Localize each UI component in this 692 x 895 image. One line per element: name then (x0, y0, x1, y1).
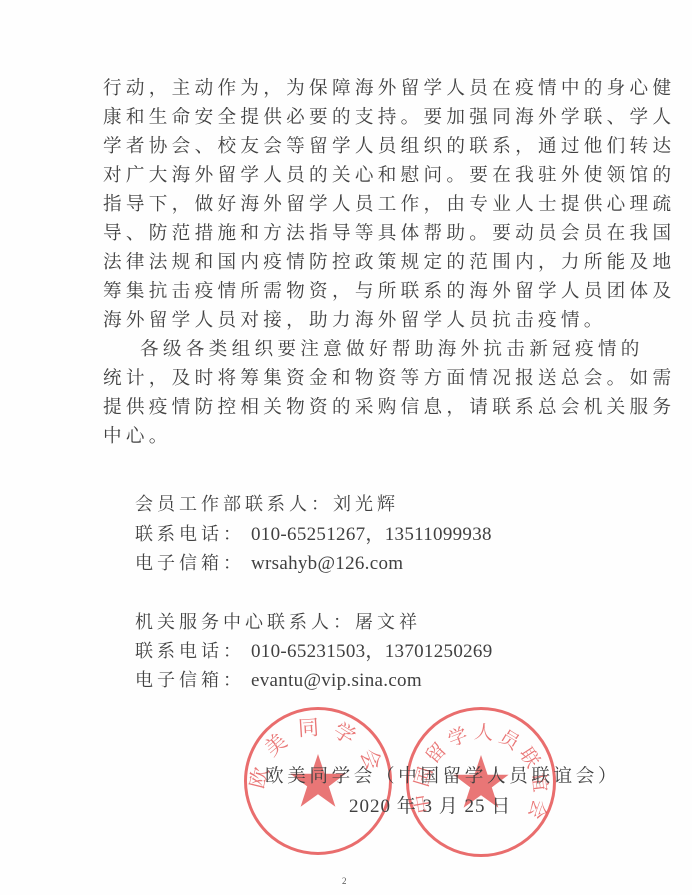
contact-email-label: 电子信箱： (135, 553, 245, 574)
contact-person-name: 刘光辉 (333, 494, 399, 515)
body-line: 指导下，做好海外留学人员工作，由专业人士提供心理疏 (103, 194, 675, 216)
body-line: 法律法规和国内疫情防控政策规定的范围内，力所能及地 (103, 252, 675, 274)
contact-phone-label: 联系电话： (135, 524, 245, 545)
body-line: 海外留学人员对接，助力海外留学人员抗击疫情。 (103, 310, 607, 332)
contact-email-value: evantu@vip.sina.com (251, 670, 422, 691)
body-line: 统计，及时将筹集资金和物资等方面情况报送总会。如需 (103, 368, 675, 390)
contact-email: 电子信箱：evantu@vip.sina.com (135, 670, 422, 692)
body-line: 学者协会、校友会等留学人员组织的联系，通过他们转达 (103, 136, 675, 158)
contact-email-value: wrsahyb@126.com (251, 553, 403, 574)
contact-person-label: 会员工作部联系人： (135, 494, 333, 515)
contact-phone: 联系电话：010-65251267，13511099938 (135, 524, 492, 546)
signature-date: 2020 年 3 月 25 日 (349, 791, 511, 818)
body-line: 中心。 (103, 426, 172, 448)
body-line: 行动，主动作为，为保障海外留学人员在疫情中的身心健 (103, 78, 675, 100)
contact-person-label: 机关服务中心联系人： (135, 612, 355, 633)
body-line: 提供疫情防控相关物资的采购信息，请联系总会机关服务 (103, 397, 675, 419)
document-page: 行动，主动作为，为保障海外留学人员在疫情中的身心健 康和生命安全提供必要的支持。… (0, 0, 692, 895)
contact-phone: 联系电话：010-65231503，13701250269 (135, 641, 493, 663)
signature-organization: 欧美同学会（中国留学人员联谊会） (265, 762, 620, 788)
contact-phone-value: 010-65251267，13511099938 (251, 524, 492, 545)
body-line: 各级各类组织要注意做好帮助海外抗击新冠疫情的 (140, 339, 644, 361)
body-line: 筹集抗击疫情所需物资，与所联系的海外留学人员团体及 (103, 281, 675, 303)
contact-person-name: 屠文祥 (355, 612, 421, 633)
contact-email: 电子信箱：wrsahyb@126.com (135, 553, 403, 575)
contact-person: 机关服务中心联系人：屠文祥 (135, 612, 421, 634)
body-line: 康和生命安全提供必要的支持。要加强同海外学联、学人 (103, 107, 675, 129)
page-number: 2 (342, 876, 347, 886)
contact-person: 会员工作部联系人：刘光辉 (135, 494, 399, 516)
body-line: 导、防范措施和方法指导等具体帮助。要动员会员在我国 (103, 223, 675, 245)
contact-phone-label: 联系电话： (135, 641, 245, 662)
body-line: 对广大海外留学人员的关心和慰问。要在我驻外使领馆的 (103, 165, 675, 187)
contact-phone-value: 010-65231503，13701250269 (251, 641, 493, 662)
contact-email-label: 电子信箱： (135, 670, 245, 691)
